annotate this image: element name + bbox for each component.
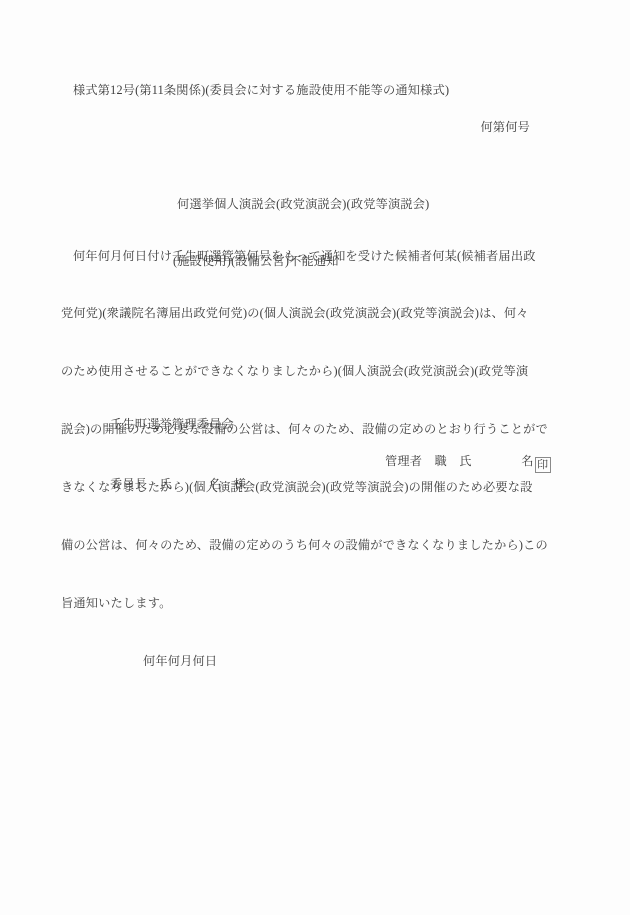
addressee-block: 壬生町選挙管理委員会 委員長 氏 名 様 [110, 376, 246, 534]
date-line: 何年何月何日 [61, 652, 548, 671]
body-line-2: 党何党)(衆議院名簿届出政党何党)の(個人演説会(政党演説会)(政党等演説会)は… [61, 304, 548, 323]
body-line-6: 備の公営は、何々のため、設備の定めのうち何々の設備ができなくなりましたから)この [61, 536, 548, 555]
body-line-1: 何年何月何日付け壬生町選管第何号をもって通知を受けた候補者何某(候補者届出政 [61, 247, 548, 266]
form-style-label: 様式第12号(第11条関係)(委員会に対する施設使用不能等の通知様式) [73, 81, 449, 100]
signer-label: 管理者 職 氏 名 [385, 454, 534, 468]
addressee-organization: 壬生町選挙管理委員会 [110, 415, 246, 435]
seal-mark: 印 [535, 457, 551, 473]
addressee-recipient: 委員長 氏 名 様 [110, 475, 246, 495]
document-page: 様式第12号(第11条関係)(委員会に対する施設使用不能等の通知様式) 何第何号… [0, 0, 630, 915]
body-line-7: 旨通知いたします。 [61, 594, 548, 613]
signer-block: 管理者 職 氏 名印 [372, 433, 551, 493]
document-number: 何第何号 [480, 118, 530, 137]
